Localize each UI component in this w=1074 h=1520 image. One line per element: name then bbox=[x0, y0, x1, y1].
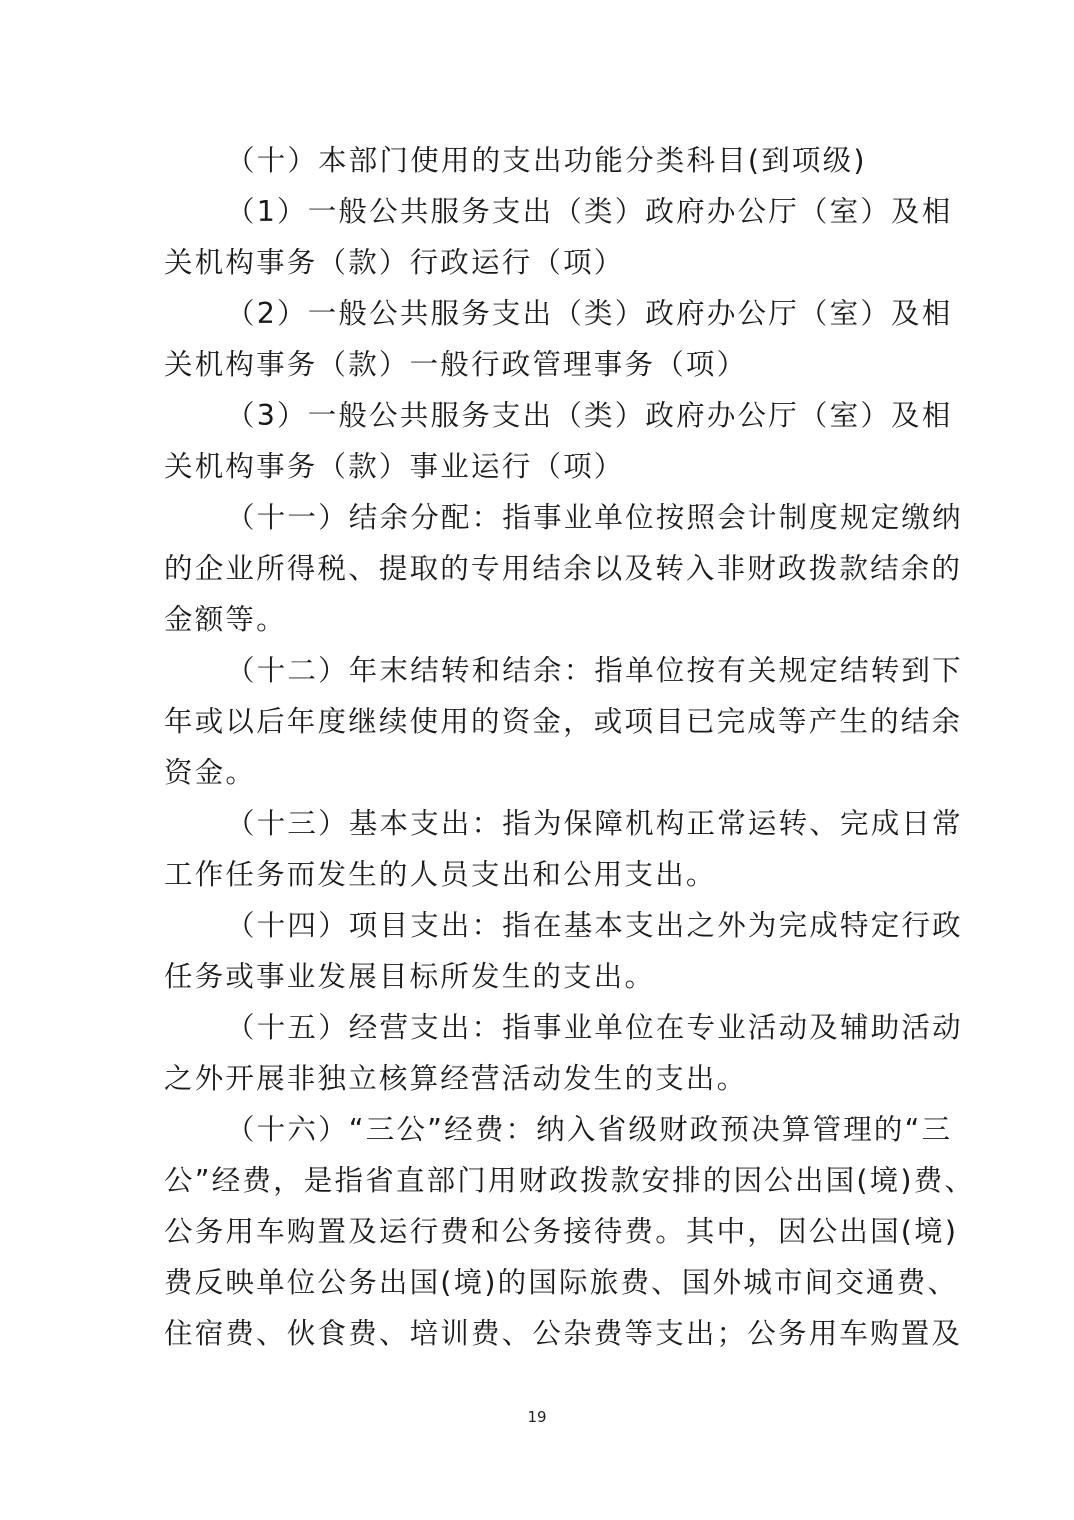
paragraph-start-line: （2）一般公共服务支出（类）政府办公厅（室）及相 bbox=[164, 288, 914, 339]
paragraph-line: 金额等。 bbox=[164, 594, 914, 645]
paragraph-line: 年或以后年度继续使用的资金，或项目已完成等产生的结余 bbox=[164, 696, 914, 747]
paragraph-start-line: （十二）年末结转和结余：指单位按有关规定结转到下 bbox=[164, 645, 914, 696]
paragraph-line: 关机构事务（款）一般行政管理事务（项） bbox=[164, 339, 914, 390]
paragraph-start-line: （3）一般公共服务支出（类）政府办公厅（室）及相 bbox=[164, 390, 914, 441]
paragraph-line: 关机构事务（款）事业运行（项） bbox=[164, 441, 914, 492]
paragraph-line: 工作任务而发生的人员支出和公用支出。 bbox=[164, 849, 914, 900]
document-page: （十）本部门使用的支出功能分类科目(到项级)（1）一般公共服务支出（类）政府办公… bbox=[0, 0, 1074, 1520]
paragraph-start-line: （十五）经营支出：指事业单位在专业活动及辅助活动 bbox=[164, 1002, 914, 1053]
paragraph-line: 的企业所得税、提取的专用结余以及转入非财政拨款结余的 bbox=[164, 543, 914, 594]
paragraph-line: 费反映单位公务出国(境)的国际旅费、国外城市间交通费、 bbox=[164, 1257, 914, 1308]
paragraph-start-line: （十三）基本支出：指为保障机构正常运转、完成日常 bbox=[164, 798, 914, 849]
paragraph-start-line: （十一）结余分配：指事业单位按照会计制度规定缴纳 bbox=[164, 492, 914, 543]
paragraph-start-line: （十）本部门使用的支出功能分类科目(到项级) bbox=[164, 135, 914, 186]
paragraph-start-line: （1）一般公共服务支出（类）政府办公厅（室）及相 bbox=[164, 186, 914, 237]
page-number: 19 bbox=[0, 1408, 1074, 1426]
paragraph-line: 关机构事务（款）行政运行（项） bbox=[164, 237, 914, 288]
paragraph-line: 任务或事业发展目标所发生的支出。 bbox=[164, 951, 914, 1002]
paragraph-line: 公务用车购置及运行费和公务接待费。其中，因公出国(境) bbox=[164, 1206, 914, 1257]
paragraph-line: 资金。 bbox=[164, 747, 914, 798]
paragraph-start-line: （十四）项目支出：指在基本支出之外为完成特定行政 bbox=[164, 900, 914, 951]
paragraph-line: 公”经费，是指省直部门用财政拨款安排的因公出国(境)费、 bbox=[164, 1155, 914, 1206]
body-text: （十）本部门使用的支出功能分类科目(到项级)（1）一般公共服务支出（类）政府办公… bbox=[164, 135, 914, 1359]
paragraph-start-line: （十六）“三公”经费：纳入省级财政预决算管理的“三 bbox=[164, 1104, 914, 1155]
paragraph-line: 之外开展非独立核算经营活动发生的支出。 bbox=[164, 1053, 914, 1104]
paragraph-line: 住宿费、伙食费、培训费、公杂费等支出；公务用车购置及 bbox=[164, 1308, 914, 1359]
